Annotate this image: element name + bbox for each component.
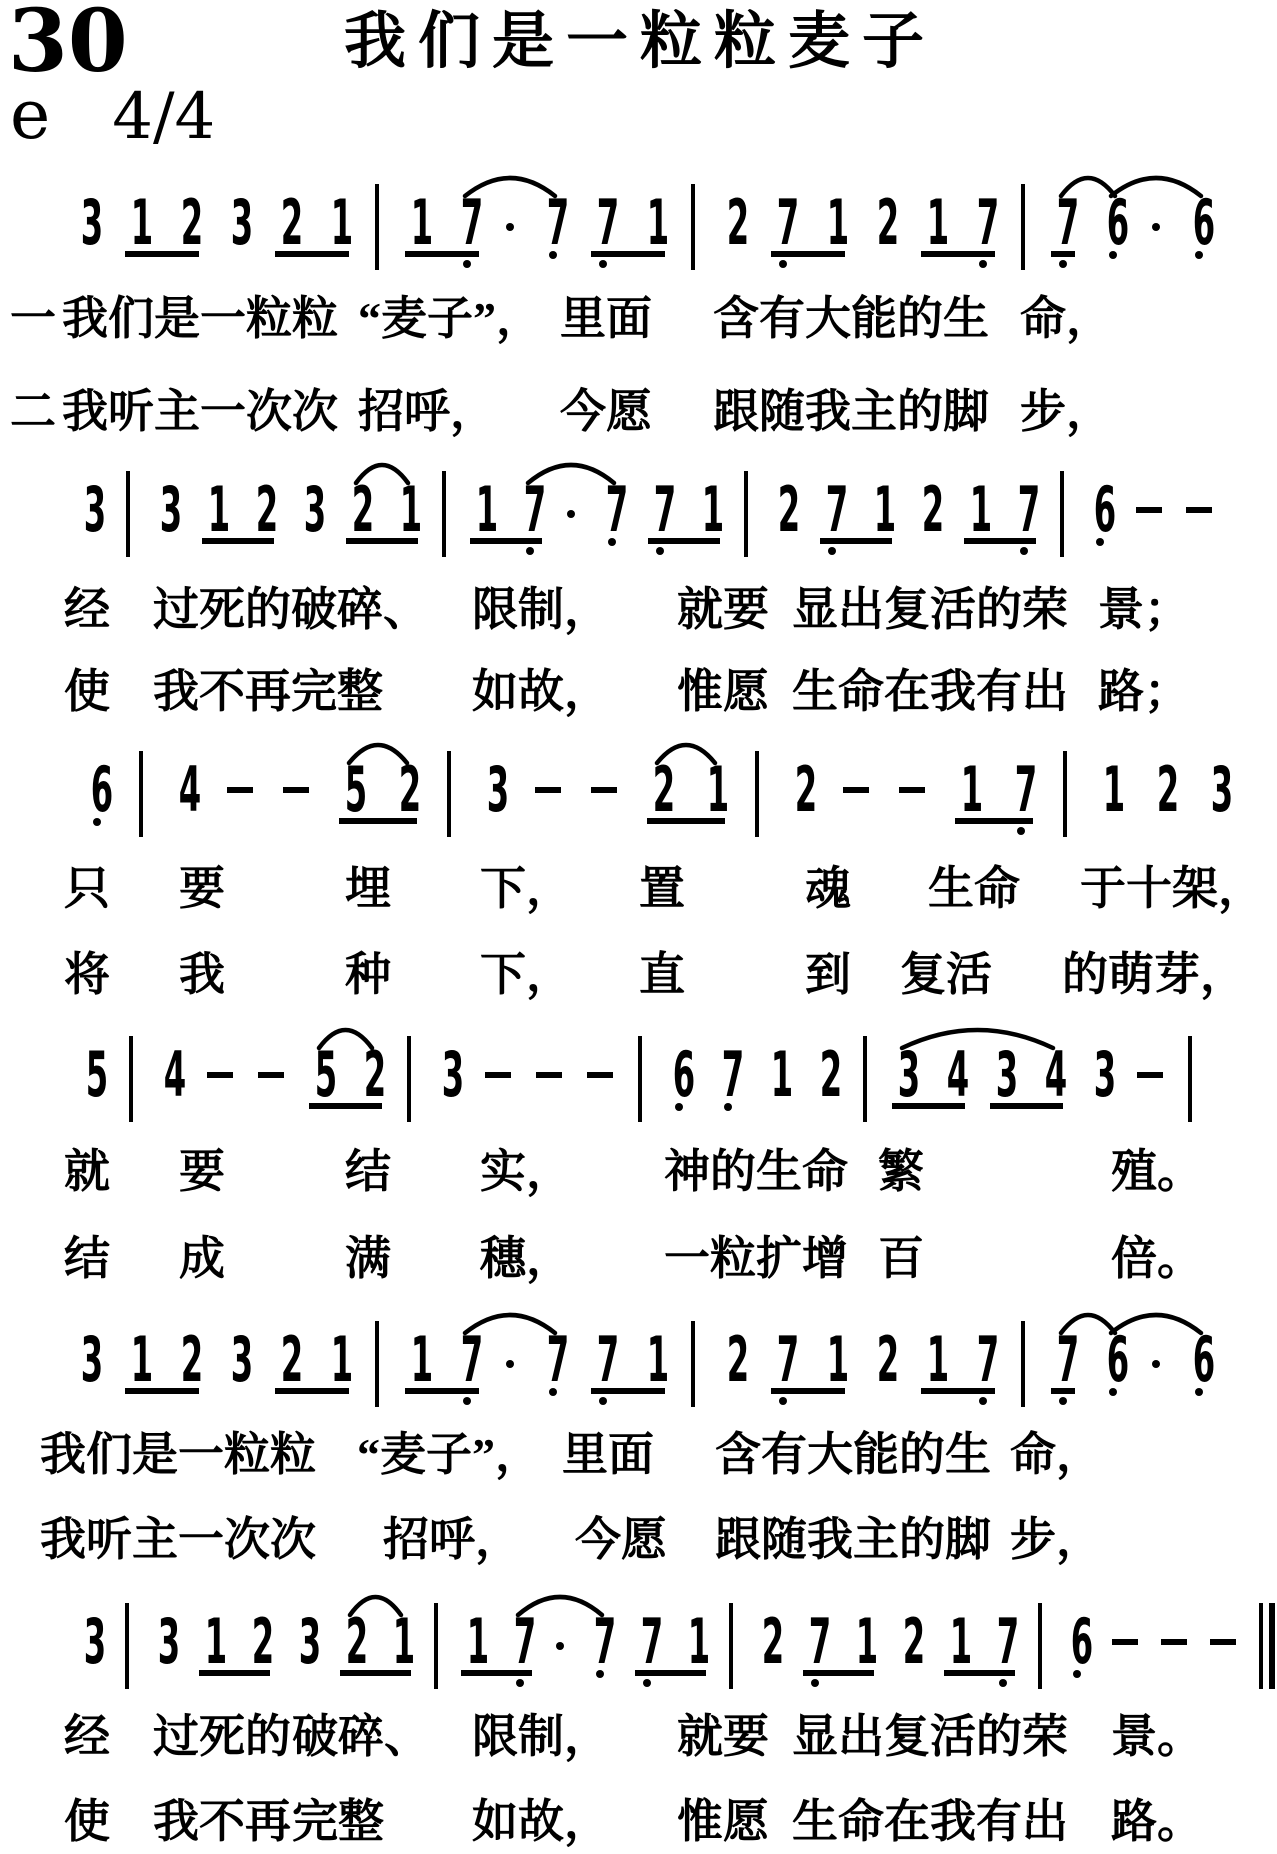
note: 5 (309, 1052, 333, 1098)
beam-group: 21 (275, 1337, 349, 1394)
lyric-line-2: 二我听主一次次招呼，今愿跟随我主的脚步， (0, 385, 1277, 439)
lyric-line-5: 只要埋下，置魂生命于十架， (0, 862, 1277, 916)
note-number: 7 (997, 1619, 1009, 1665)
lyric-segment: 要 (179, 862, 225, 916)
beam-group: 17 (921, 200, 995, 257)
note: 1 (387, 1619, 411, 1665)
barline (1060, 471, 1064, 557)
note: 7 (455, 1337, 479, 1383)
beam-group: 71 (771, 200, 845, 257)
note-number: 7 (777, 200, 789, 246)
note-number: 3 (487, 767, 499, 813)
note: 1 (868, 487, 892, 533)
note: 3 (990, 1052, 1014, 1098)
note-number: 2 (252, 1619, 264, 1665)
barline (1063, 751, 1067, 837)
lyric-line-8: 结成满穗，一粒扩增百倍。 (0, 1232, 1277, 1286)
lyric-segment: 实， (480, 1145, 572, 1199)
note-number: 3 (84, 487, 96, 533)
note-number: 1 (411, 1337, 423, 1383)
note: 2 (789, 767, 813, 813)
note: 1 (405, 200, 429, 246)
lyric-segment: 就要 (677, 583, 769, 637)
lyric-segment: 路； (1098, 665, 1190, 719)
note: 7 (771, 200, 795, 246)
barline (407, 1036, 411, 1122)
barline (447, 751, 451, 837)
note: 7 (541, 200, 565, 246)
lyric-segment: 下， (480, 862, 572, 916)
beam-group: 71 (591, 200, 665, 257)
note: 1 (821, 200, 845, 246)
note: 7 (971, 200, 995, 246)
note: 7 (1051, 1337, 1075, 1383)
beam-group: 52 (309, 1052, 382, 1109)
note-number: 7 (597, 1337, 609, 1383)
note-number: 2 (922, 487, 934, 533)
note-number: 7 (461, 1337, 473, 1383)
lyric-segment: 景； (1098, 583, 1190, 637)
lyric-segment: 惟愿 (677, 1795, 769, 1849)
lyric-line-6: 将我种下，直到复活的萌芽， (0, 948, 1277, 1002)
note: 7 (591, 200, 615, 246)
note-number: 4 (179, 767, 191, 813)
note: 1 (470, 487, 494, 533)
lyric-segment: 惟愿 (677, 665, 769, 719)
beam-group: 52 (339, 767, 417, 824)
note-number: 2 (256, 487, 268, 533)
lyric-line-10: 我听主一次次招呼，今愿跟随我主的脚步， (0, 1513, 1277, 1567)
barline (1021, 1321, 1025, 1407)
music-line-6: 3312321177712712176 (78, 1577, 1275, 1689)
beam-group: 7 (1051, 1337, 1075, 1394)
barline (129, 1036, 133, 1122)
lyric-line-12: 使我不再完整如故，惟愿生命在我有出路。 (0, 1795, 1277, 1849)
note: 2 (897, 1619, 921, 1665)
note-number: 7 (977, 200, 989, 246)
note-number: 5 (86, 1052, 98, 1098)
note-number: 5 (315, 1052, 327, 1098)
note: 7 (518, 487, 542, 533)
note-number: 7 (826, 487, 838, 533)
lyric-segment: 我不再完整 (153, 665, 383, 719)
note-number: 6 (1094, 487, 1106, 533)
note-number: 1 (331, 1337, 343, 1383)
note: 4 (158, 1052, 182, 1098)
lyric-segment: 含有大能的生 (713, 292, 989, 346)
barline (375, 1321, 379, 1407)
note-number: 1 (131, 1337, 143, 1383)
lyric-segment: 我不再 (153, 1795, 291, 1849)
note-number: 1 (647, 1337, 659, 1383)
note: 2 (275, 200, 299, 246)
note-number: 4 (1045, 1052, 1057, 1098)
note-number: 3 (442, 1052, 454, 1098)
note: 1 (202, 487, 226, 533)
note-number: 7 (547, 200, 559, 246)
note-number: 2 (877, 1337, 889, 1383)
note: 7 (591, 1337, 615, 1383)
note: 1 (696, 487, 720, 533)
note-number: 3 (299, 1619, 311, 1665)
note-number: 7 (461, 200, 473, 246)
music-line-2: 3312321177712712176 (78, 445, 1212, 557)
lyric-segment: 如故， (472, 665, 610, 719)
note: 2 (871, 200, 895, 246)
duration-dash (843, 767, 869, 813)
note-number: 2 (281, 200, 293, 246)
note-number: 3 (996, 1052, 1008, 1098)
note-number: 2 (352, 487, 364, 533)
lyric-segment: 经 (64, 1710, 110, 1764)
note: 7 (1009, 767, 1033, 813)
lyric-segment: 跟随我主的脚 (713, 385, 989, 439)
duration-dash (535, 767, 561, 813)
lyric-segment: 今愿 (560, 385, 652, 439)
lyric-segment: 我听主一次次 (62, 385, 338, 439)
duration-dash (536, 1052, 562, 1098)
barline (691, 184, 695, 270)
note-number: 7 (977, 1337, 989, 1383)
beam-group: 17 (964, 487, 1036, 544)
note-number: 2 (653, 767, 665, 813)
note-number: 1 (1103, 767, 1115, 813)
note-number: 1 (393, 1619, 405, 1665)
note-number: 2 (181, 1337, 193, 1383)
beam-group: 21 (647, 767, 725, 824)
note: 3 (293, 1619, 317, 1665)
note: 2 (916, 487, 940, 533)
beam-group: 17 (921, 1337, 995, 1394)
duration-dash (1186, 487, 1212, 533)
note: 2 (246, 1619, 270, 1665)
lyric-segment: 完整 (292, 1795, 384, 1849)
lyric-segment: 限制， (472, 1710, 610, 1764)
note-number: 1 (961, 767, 973, 813)
note: 7 (716, 1052, 740, 1098)
augmentation-dot (555, 1619, 565, 1665)
lyric-line-3: 经过死的破碎、限制，就要显出复活的荣景； (0, 583, 1277, 637)
note-number: 2 (364, 1052, 376, 1098)
note-number: 7 (1018, 487, 1030, 533)
note: 1 (394, 487, 418, 533)
beam-group: 71 (591, 1337, 665, 1394)
duration-dash (283, 767, 309, 813)
note-number: 1 (400, 487, 412, 533)
lyric-segment: 要 (179, 1145, 225, 1199)
note: 3 (78, 487, 102, 533)
beam-group: 21 (346, 487, 418, 544)
note-number: 3 (81, 1337, 93, 1383)
note: 6 (1101, 1337, 1125, 1383)
note: 2 (275, 1337, 299, 1383)
note: 1 (405, 1337, 429, 1383)
note-number: 2 (778, 487, 790, 533)
note: 3 (154, 487, 178, 533)
note-number: 3 (158, 1619, 170, 1665)
lyric-segment: 将 (64, 948, 110, 1002)
score: 3123211777127121776633123211777127121766… (0, 0, 1277, 1854)
barline (139, 751, 143, 837)
lyric-segment: 结 (345, 1145, 391, 1199)
lyric-segment: “麦子”， (357, 1428, 541, 1482)
lyric-line-9: 我们是一粒粒“麦子”，里面含有大能的生命， (0, 1428, 1277, 1482)
barline (863, 1036, 867, 1122)
duration-dash (1210, 1619, 1236, 1665)
note-number: 2 (727, 1337, 739, 1383)
note: 2 (393, 767, 417, 813)
note-number: 1 (131, 200, 143, 246)
note: 3 (152, 1619, 176, 1665)
note: 1 (641, 200, 665, 246)
lyric-segment: 里面 (562, 1428, 654, 1482)
lyric-segment: 显出复活的荣 (792, 583, 1068, 637)
note-number: 7 (547, 1337, 559, 1383)
note-number: 1 (856, 1619, 868, 1665)
beam-group: 71 (803, 1619, 874, 1676)
note: 6 (85, 767, 109, 813)
lyric-segment: 就 (64, 1145, 110, 1199)
lyric-segment: 如故， (472, 1795, 610, 1849)
note: 2 (1151, 767, 1175, 813)
note-number: 2 (1157, 767, 1169, 813)
lyric-segment: 就要 (677, 1710, 769, 1764)
beam-group: 34 (990, 1052, 1063, 1109)
beam-group: 12 (199, 1619, 270, 1676)
lyric-line-4: 使我不再完整如故，惟愿生命在我有出路； (0, 665, 1277, 719)
duration-dash (485, 1052, 511, 1098)
note-number: 4 (947, 1052, 959, 1098)
note-number: 2 (877, 200, 889, 246)
lyric-segment: 的萌芽， (1062, 948, 1246, 1002)
beam-group: 17 (405, 200, 479, 257)
augmentation-dot (505, 1337, 515, 1383)
note: 3 (481, 767, 505, 813)
note: 6 (1101, 200, 1125, 246)
lyric-segment: 使 (64, 1795, 110, 1849)
note: 2 (721, 200, 745, 246)
note: 2 (358, 1052, 382, 1098)
note-number: 2 (281, 1337, 293, 1383)
note: 7 (1051, 200, 1075, 246)
note: 7 (635, 1619, 659, 1665)
note-number: 2 (399, 767, 411, 813)
note: 6 (667, 1052, 691, 1098)
lyric-segment: 只 (64, 862, 110, 916)
note-number: 1 (208, 487, 220, 533)
lyric-segment: 下， (480, 948, 572, 1002)
note-number: 7 (606, 487, 618, 533)
lyric-segment: 殖。 (1111, 1145, 1203, 1199)
note-number: 6 (91, 767, 103, 813)
note-number: 3 (1094, 1052, 1106, 1098)
lyric-segment: 招呼， (358, 385, 496, 439)
note: 2 (814, 1052, 838, 1098)
note-number: 1 (702, 487, 714, 533)
note-number: 6 (1193, 200, 1205, 246)
note-number: 3 (160, 487, 172, 533)
note-number: 3 (304, 487, 316, 533)
note: 7 (600, 487, 624, 533)
duration-dash (1112, 1619, 1138, 1665)
note: 2 (340, 1619, 364, 1665)
note-number: 2 (762, 1619, 774, 1665)
lyric-segment: 神的生命 (664, 1145, 848, 1199)
note-number: 1 (647, 200, 659, 246)
duration-dash (258, 1052, 284, 1098)
note: 1 (850, 1619, 874, 1665)
note-number: 7 (641, 1619, 653, 1665)
note: 6 (1088, 487, 1112, 533)
note: 3 (225, 200, 249, 246)
note: 6 (1187, 1337, 1211, 1383)
lyric-segment: 魂 (805, 862, 851, 916)
note: 2 (721, 1337, 745, 1383)
note-number: 1 (950, 1619, 962, 1665)
lyric-segment: 于十架， (1080, 862, 1264, 916)
note: 3 (1088, 1052, 1112, 1098)
note: 3 (78, 1619, 102, 1665)
note-number: 3 (231, 1337, 243, 1383)
lyric-segment: 直 (639, 948, 685, 1002)
beam-group: 21 (275, 200, 349, 257)
barline (442, 471, 446, 557)
lyric-line-1: 一我们是一粒粒“麦子”，里面含有大能的生命， (0, 292, 1277, 346)
note-number: 2 (795, 767, 807, 813)
note: 1 (325, 200, 349, 246)
duration-dash (587, 1052, 613, 1098)
note: 1 (944, 1619, 968, 1665)
lyric-segment: 置 (639, 862, 685, 916)
lyric-line-11: 经过死的破碎、限制，就要显出复活的荣景。 (0, 1710, 1277, 1764)
note-number: 7 (809, 1619, 821, 1665)
note: 4 (173, 767, 197, 813)
barline (755, 751, 759, 837)
lyric-segment: 二 (10, 385, 56, 439)
note: 7 (1012, 487, 1036, 533)
duration-dash (1137, 1052, 1163, 1098)
note-number: 7 (777, 1337, 789, 1383)
note: 7 (971, 1337, 995, 1383)
barline (1188, 1036, 1192, 1122)
lyric-segment: 到 (805, 948, 851, 1002)
lyric-segment: 过死的 (153, 1710, 291, 1764)
note: 1 (682, 1619, 706, 1665)
lyric-segment: 成 (179, 1232, 225, 1286)
note: 3 (75, 1337, 99, 1383)
note: 1 (199, 1619, 223, 1665)
final-barline (1259, 1603, 1275, 1689)
beam-group: 71 (648, 487, 720, 544)
note: 7 (508, 1619, 532, 1665)
barline (434, 1603, 438, 1689)
note: 5 (339, 767, 363, 813)
lyric-segment: 路。 (1111, 1795, 1203, 1849)
note: 7 (455, 200, 479, 246)
note: 1 (821, 1337, 845, 1383)
note: 2 (346, 487, 370, 533)
note: 3 (436, 1052, 460, 1098)
lyric-segment: 生命在我有出 (792, 665, 1068, 719)
slur (902, 1030, 1053, 1048)
barline (375, 184, 379, 270)
note-number: 3 (231, 200, 243, 246)
note-number: 3 (898, 1052, 910, 1098)
lyric-segment: 过死的破碎、 (153, 583, 429, 637)
note: 1 (964, 487, 988, 533)
note: 3 (225, 1337, 249, 1383)
lyric-line-7: 就要结实，神的生命繁殖。 (0, 1145, 1277, 1199)
note-number: 2 (820, 1052, 832, 1098)
barline (729, 1603, 733, 1689)
note-number: 1 (970, 487, 982, 533)
beam-group: 34 (892, 1052, 965, 1109)
beam-group: 12 (125, 200, 199, 257)
note: 7 (648, 487, 672, 533)
augmentation-dot (1151, 200, 1161, 246)
note-number: 1 (205, 1619, 217, 1665)
lyric-segment: 满 (345, 1232, 391, 1286)
note-number: 1 (411, 200, 423, 246)
note: 7 (588, 1619, 612, 1665)
note: 4 (1039, 1052, 1063, 1098)
note-number: 1 (476, 487, 488, 533)
beam-group: 17 (470, 487, 542, 544)
lyric-segment: 使 (64, 665, 110, 719)
lyric-segment: 跟随我主的脚 (715, 1513, 991, 1567)
note: 2 (647, 767, 671, 813)
beam-group: 7 (1051, 200, 1075, 257)
note: 7 (991, 1619, 1015, 1665)
note-number: 6 (1071, 1619, 1083, 1665)
duration-dash (1136, 487, 1162, 533)
lyric-segment: 结 (64, 1232, 110, 1286)
duration-dash (899, 767, 925, 813)
barline (691, 1321, 695, 1407)
note: 2 (175, 1337, 199, 1383)
beam-group: 17 (405, 1337, 479, 1394)
note: 3 (75, 200, 99, 246)
note: 2 (772, 487, 796, 533)
note: 2 (250, 487, 274, 533)
beam-group: 71 (820, 487, 892, 544)
note-number: 7 (1057, 200, 1069, 246)
note-number: 4 (164, 1052, 176, 1098)
note-number: 1 (827, 1337, 839, 1383)
note-number: 7 (594, 1619, 606, 1665)
lyric-segment: 步， (1010, 1513, 1102, 1567)
beam-group: 12 (125, 1337, 199, 1394)
note: 2 (871, 1337, 895, 1383)
note-number: 3 (84, 1619, 96, 1665)
note-number: 7 (524, 487, 536, 533)
note-number: 1 (331, 200, 343, 246)
note: 7 (541, 1337, 565, 1383)
beam-group: 17 (944, 1619, 1015, 1676)
lyric-segment: 步， (1020, 385, 1112, 439)
note-number: 7 (722, 1052, 734, 1098)
note-number: 1 (927, 200, 939, 246)
lyric-segment: 穗， (480, 1232, 572, 1286)
beam-group: 71 (771, 1337, 845, 1394)
note-number: 5 (345, 767, 357, 813)
lyric-segment: 种 (345, 948, 391, 1002)
barline (638, 1036, 642, 1122)
beam-group: 17 (461, 1619, 532, 1676)
lyric-segment: 含有大能的生 (715, 1428, 991, 1482)
note: 1 (641, 1337, 665, 1383)
lyric-segment: 生命 (928, 862, 1020, 916)
